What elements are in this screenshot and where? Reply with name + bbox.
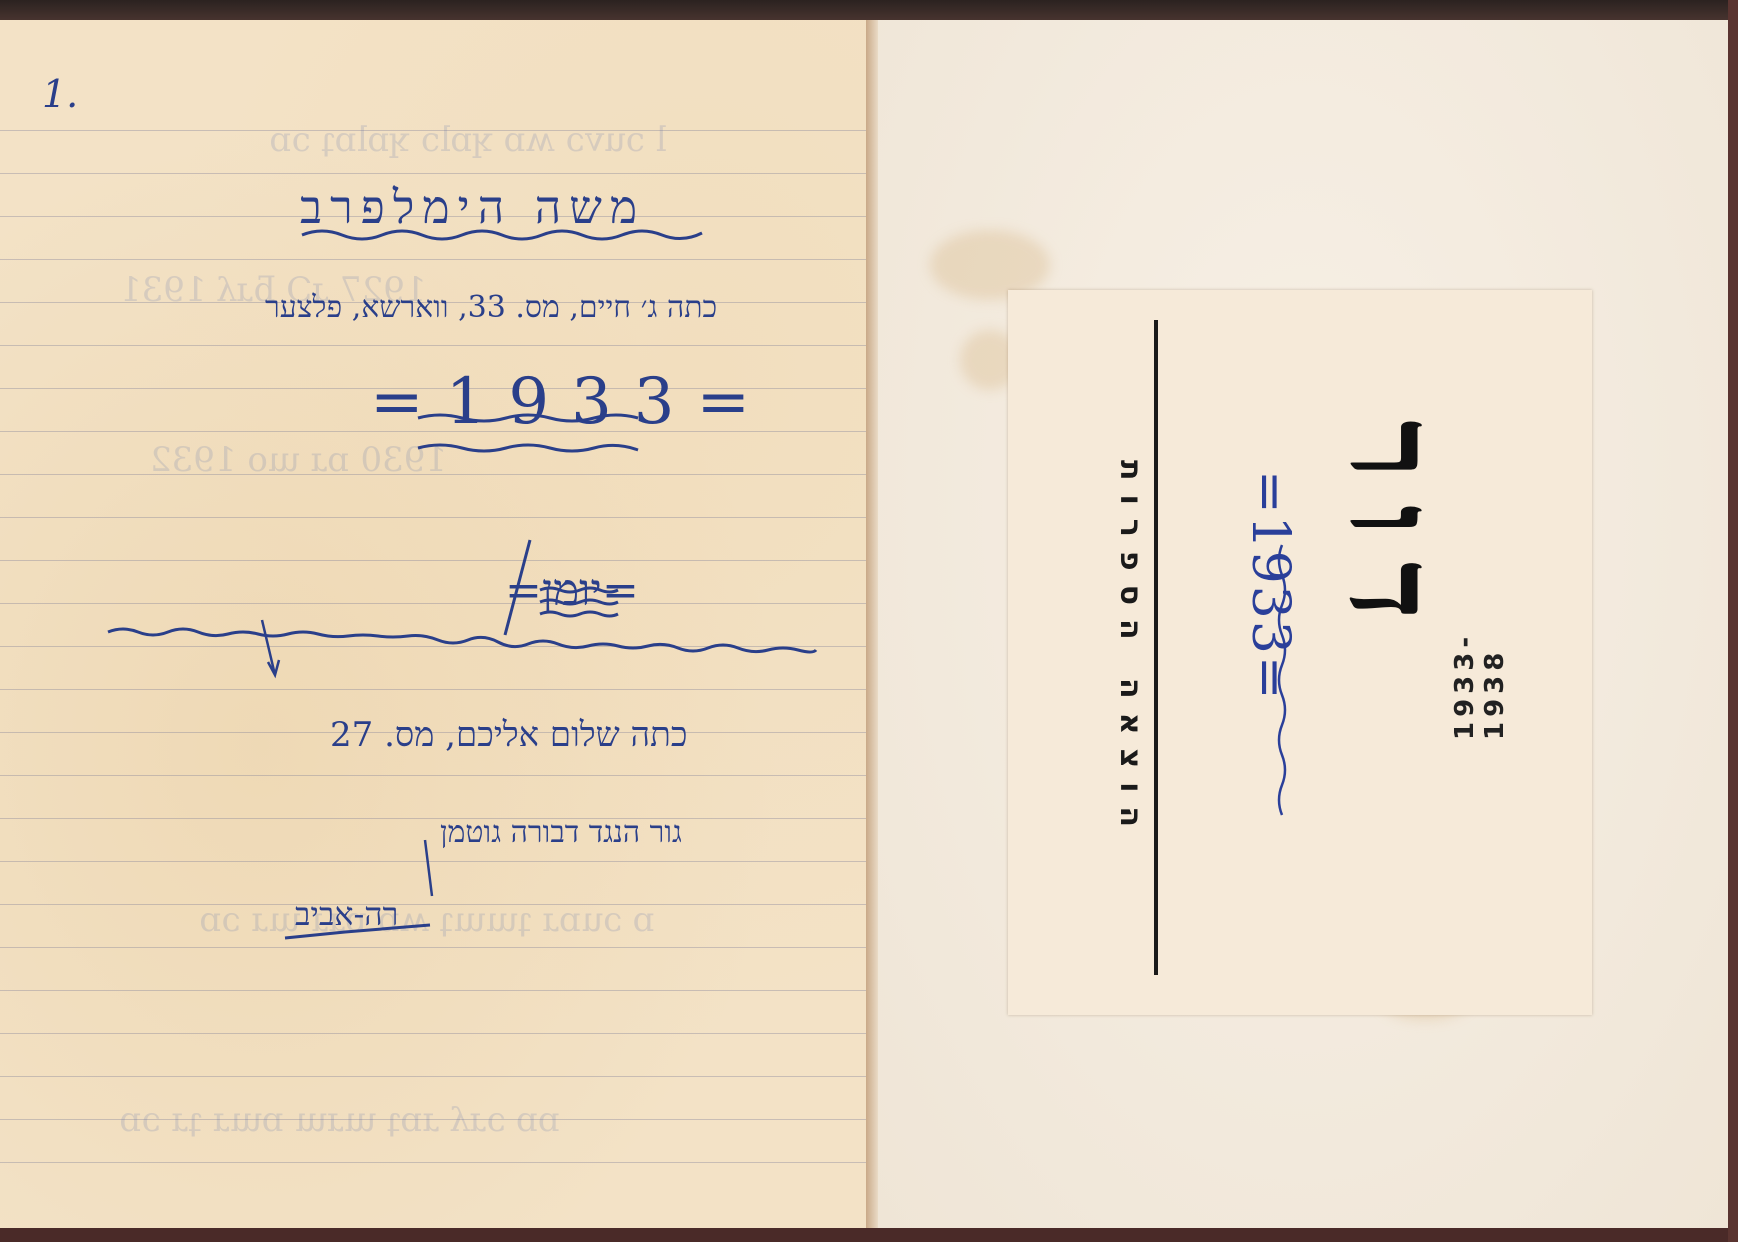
book-cover-bottom-edge — [0, 1228, 1738, 1242]
book-cover-right-edge — [1728, 0, 1738, 1242]
journal-title: דור — [1322, 420, 1463, 920]
date-range: 1933-1938 — [1450, 540, 1510, 740]
